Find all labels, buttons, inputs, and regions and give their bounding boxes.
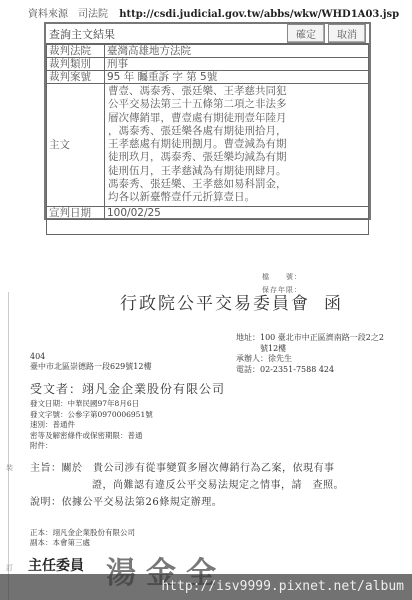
file-number-label: 檔 號： bbox=[262, 272, 302, 282]
main-line: 層次傳銷罪，曹壹處有期徒刑壹年陸月 bbox=[108, 112, 365, 125]
row-key: 裁判類別 bbox=[47, 58, 105, 71]
row-value: 臺灣高雄地方法院 bbox=[105, 45, 369, 58]
letter-body: 主旨：關於 貴公司涉有從事變質多層次傳銷行為乙案，依現有事 證，尚難認有違反公平… bbox=[30, 460, 400, 511]
attachments: 附件： bbox=[30, 441, 153, 452]
source-line: 資料來源 司法院 http://csdi.judicial.gov.tw/abb… bbox=[28, 5, 399, 20]
recipient-zip: 404 bbox=[30, 352, 151, 362]
binding-margin-line bbox=[8, 292, 9, 600]
source-label: 資料來源 司法院 bbox=[28, 9, 108, 20]
source-url: http://csdi.judicial.gov.tw/abbs/wkw/WHD… bbox=[119, 9, 399, 20]
confirm-button[interactable]: 確定 bbox=[287, 24, 325, 43]
issue-date: 發文日期：中華民國97年8月6日 bbox=[30, 399, 153, 410]
contact-person: 承辦人：徐先生 bbox=[236, 354, 384, 365]
letter-heading: 行政院公平交易委員會函 bbox=[120, 289, 343, 314]
panel-header: 查詢主文結果 確定 取消 bbox=[46, 24, 369, 44]
copy-recipient: 副本：本會第三處 bbox=[30, 538, 135, 548]
recipient-address-block: 404 臺中市北區崇德路一段629號12樓 bbox=[30, 352, 151, 372]
row-value: 刑事 bbox=[105, 58, 369, 71]
table-row-blank bbox=[47, 219, 369, 234]
query-result-panel: 查詢主文結果 確定 取消 裁判法院 臺灣高雄地方法院 裁判類別 刑事 裁判案號 … bbox=[44, 22, 371, 220]
panel-title: 查詢主文結果 bbox=[49, 26, 287, 42]
main-line: 王孝慈處有期徒刑捌月。曹壹減為有期 bbox=[108, 138, 365, 151]
explanation: 說明：依據公平交易法第26條規定辦理。 bbox=[30, 494, 400, 511]
sender-contact-block: 地址：100 臺北市中正區濟南路一段2之2 號12樓 承辦人：徐先生 電話：02… bbox=[236, 333, 384, 375]
main-line: 徒刑玖月，馮泰秀、張廷樂均減為有期 bbox=[108, 151, 365, 164]
row-key: 裁判法院 bbox=[47, 45, 105, 58]
urgency: 速別：普通件 bbox=[30, 420, 153, 431]
recipient-address: 臺中市北區崇德路一段629號12樓 bbox=[30, 362, 151, 372]
table-row-main: 主文 曹壹、馮泰秀、張廷樂、王孝慈共同犯 公平交易法第三十五條第二項之非法多 層… bbox=[47, 84, 369, 207]
subject-line-cont: 證，尚難認有違反公平交易法規定之情事，請 查照。 bbox=[30, 477, 400, 494]
sender-address-cont: 號12樓 bbox=[236, 344, 384, 355]
table-row: 裁判案號 95 年 矚重訴 字 第 5號 bbox=[47, 71, 369, 84]
margin-mark: 訂 bbox=[6, 563, 13, 573]
organization-name: 行政院公平交易委員會 bbox=[120, 294, 310, 314]
main-line: 公平交易法第三十五條第二項之非法多 bbox=[108, 98, 365, 111]
row-key: 裁判案號 bbox=[47, 71, 105, 84]
issue-number: 發文字號：公參字第0970006951號 bbox=[30, 410, 153, 421]
main-line: 均各以新臺幣壹仟元折算壹日。 bbox=[108, 191, 365, 204]
result-table: 裁判法院 臺灣高雄地方法院 裁判類別 刑事 裁判案號 95 年 矚重訴 字 第 … bbox=[46, 44, 369, 235]
confidentiality: 密等及解密條件或保密期限：普通 bbox=[30, 431, 153, 442]
main-line: 馮泰秀、張廷樂、王孝慈如易科罰金， bbox=[108, 178, 365, 191]
sender-address: 地址：100 臺北市中正區濟南路一段2之2 bbox=[236, 333, 384, 344]
margin-mark: 裝 bbox=[6, 463, 13, 473]
watermark-banner: http://isv9999.pixnet.net/album bbox=[0, 574, 412, 600]
subject-line: 主旨：關於 貴公司涉有從事變質多層次傳銷行為乙案，依現有事 bbox=[30, 460, 400, 477]
date-value: 100/02/25 bbox=[105, 206, 369, 219]
recipient: 受文者：翊凡金企業股份有限公司 bbox=[30, 380, 225, 397]
cancel-button[interactable]: 取消 bbox=[328, 24, 366, 43]
table-row: 裁判法院 臺灣高雄地方法院 bbox=[47, 45, 369, 58]
original-recipient: 正本：翊凡金企業股份有限公司 bbox=[30, 528, 135, 538]
main-text: 曹壹、馮泰秀、張廷樂、王孝慈共同犯 公平交易法第三十五條第二項之非法多 層次傳銷… bbox=[105, 84, 369, 207]
contact-phone: 電話：02-2351-7588 424 bbox=[236, 365, 384, 376]
main-line: ，馮泰秀、張廷樂各處有期徒刑拾月， bbox=[108, 125, 365, 138]
document-meta: 發文日期：中華民國97年8月6日 發文字號：公參字第0970006951號 速別… bbox=[30, 399, 153, 452]
signer-title: 主任委員 bbox=[28, 555, 84, 575]
table-row: 裁判類別 刑事 bbox=[47, 58, 369, 71]
distribution: 正本：翊凡金企業股份有限公司 副本：本會第三處 bbox=[30, 528, 135, 548]
date-key: 宣判日期 bbox=[47, 206, 105, 219]
main-line: 徒刑伍月，王孝慈減為有期徒刑肆月。 bbox=[108, 165, 365, 178]
row-value: 95 年 矚重訴 字 第 5號 bbox=[105, 71, 369, 84]
table-row: 宣判日期 100/02/25 bbox=[47, 206, 369, 219]
document-type: 函 bbox=[324, 294, 343, 314]
main-line: 曹壹、馮泰秀、張廷樂、王孝慈共同犯 bbox=[108, 85, 365, 98]
main-key: 主文 bbox=[47, 84, 105, 207]
